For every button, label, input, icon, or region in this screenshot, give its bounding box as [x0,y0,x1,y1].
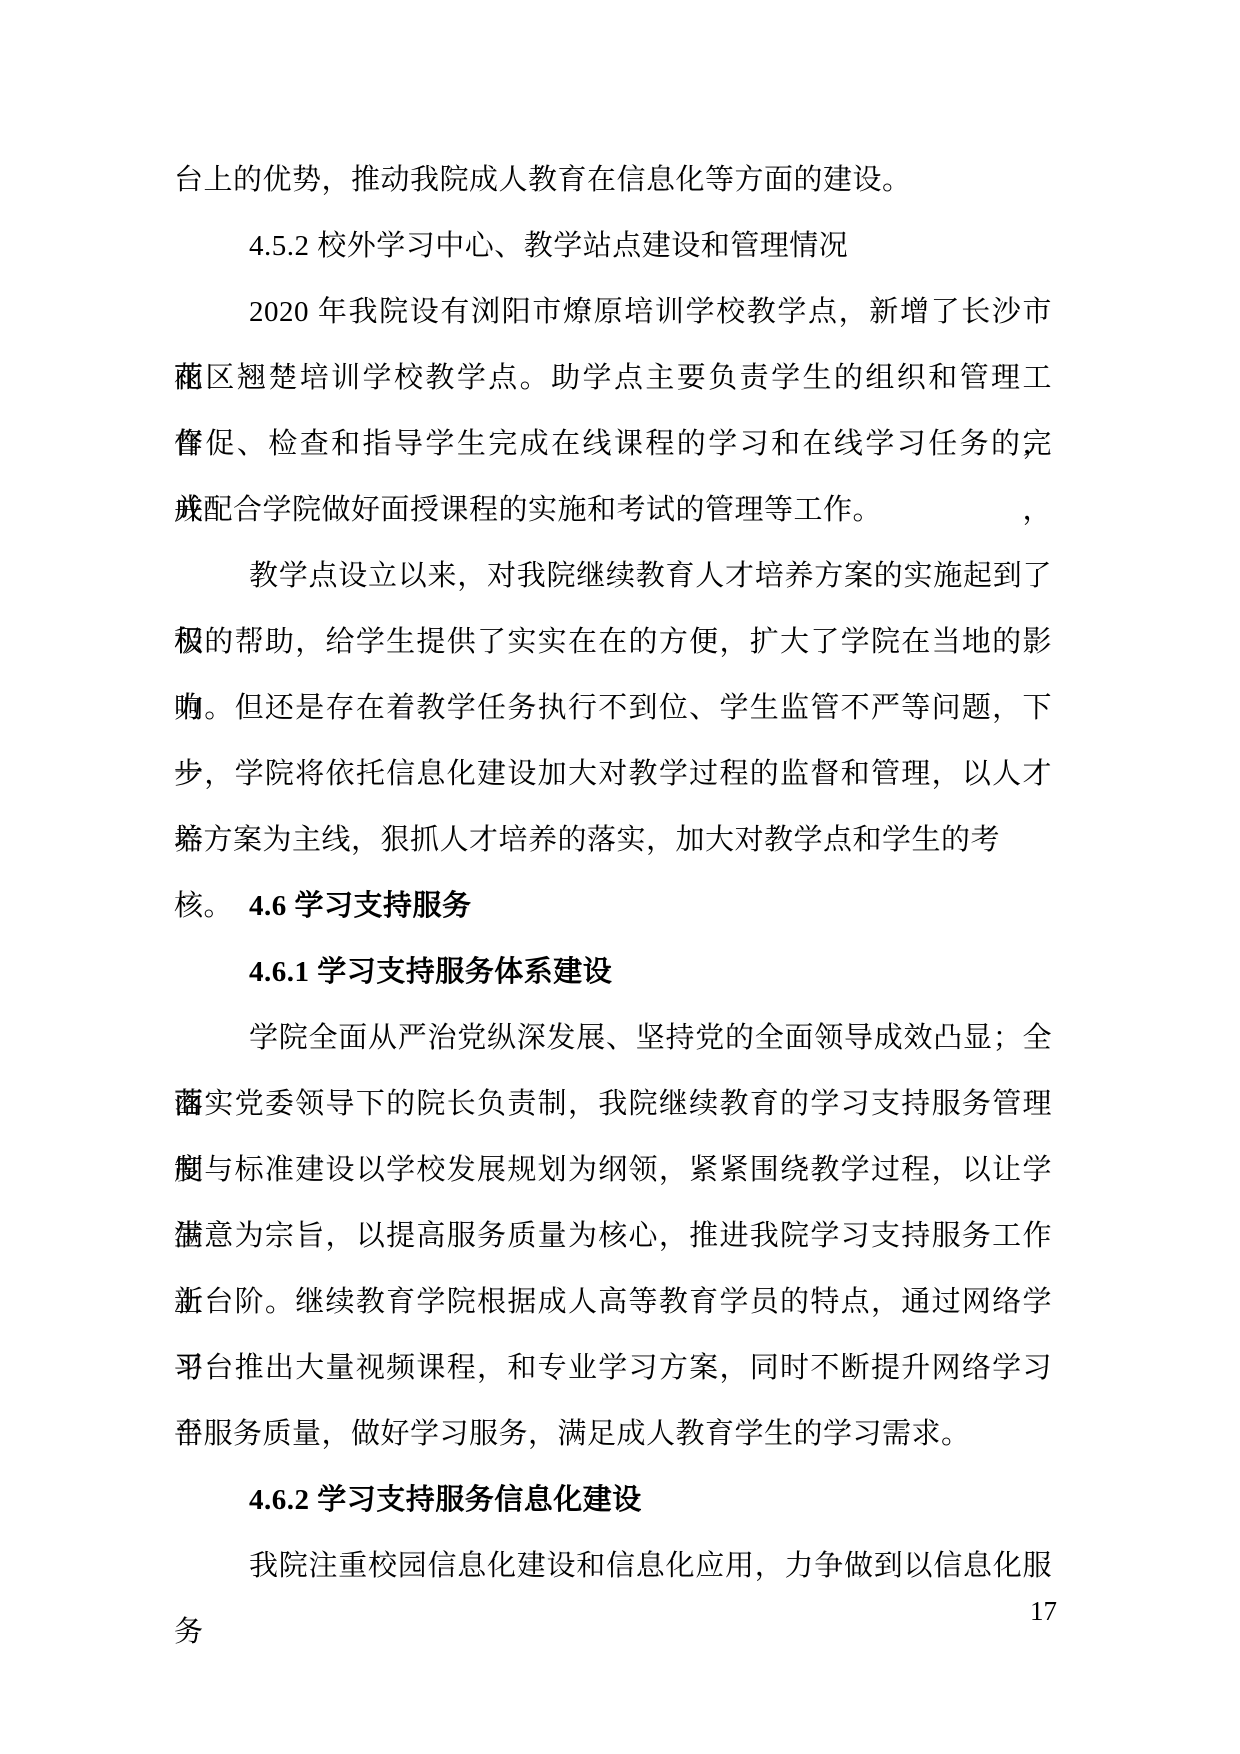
body-line: 力。但还是存在着教学任务执行不到位、学生监管不严等问题，下一 [174,675,1052,741]
body-line: 2020 年我院设有浏阳市燎原培训学校教学点，新增了长沙市雨 [174,279,1052,345]
body-line: 花区翘楚培训学校教学点。助学点主要负责学生的组织和管理工作， [174,345,1052,411]
body-line: 台服务质量，做好学习服务，满足成人教育学生的学习需求。 [174,1401,1052,1467]
body-line: 度与标准建设以学校发展规划为纲领，紧紧围绕教学过程，以让学生 [174,1137,1052,1203]
document-page: 台上的优势，推动我院成人教育在信息化等方面的建设。4.5.2 校外学习中心、教学… [0,0,1240,1754]
text-block: 台上的优势，推动我院成人教育在信息化等方面的建设。4.5.2 校外学习中心、教学… [174,147,1052,1599]
heading-line: 4.6.2 学习支持服务信息化建设 [174,1467,1052,1533]
body-line: 满意为宗旨，以提高服务质量为核心，推进我院学习支持服务工作上 [174,1203,1052,1269]
body-line: 新台阶。继续教育学院根据成人高等教育学员的特点，通过网络学习 [174,1269,1052,1335]
body-line: 落实党委领导下的院长负责制，我院继续教育的学习支持服务管理制 [174,1071,1052,1137]
heading-line: 4.6 学习支持服务 [174,873,1052,939]
body-line: 步，学院将依托信息化建设加大对教学过程的监督和管理，以人才培 [174,741,1052,807]
body-line: 台上的优势，推动我院成人教育在信息化等方面的建设。 [174,147,1052,213]
heading-line: 4.5.2 校外学习中心、教学站点建设和管理情况 [174,213,1052,279]
body-line: 极的帮助，给学生提供了实实在在的方便，扩大了学院在当地的影响 [174,609,1052,675]
body-line: 教学点设立以来，对我院继续教育人才培养方案的实施起到了积 [174,543,1052,609]
body-line: 平台推出大量视频课程，和专业学习方案，同时不断提升网络学习平 [174,1335,1052,1401]
body-line: 养方案为主线，狠抓人才培养的落实，加大对教学点和学生的考核。 [174,807,1052,873]
body-line: 督促、检查和指导学生完成在线课程的学习和在线学习任务的完成， [174,411,1052,477]
heading-line: 4.6.1 学习支持服务体系建设 [174,939,1052,1005]
body-line: 我院注重校园信息化建设和信息化应用，力争做到以信息化服务 [174,1533,1052,1599]
body-line: 学院全面从严治党纵深发展、坚持党的全面领导成效凸显；全面 [174,1005,1052,1071]
page-number: 17 [1030,1596,1057,1626]
